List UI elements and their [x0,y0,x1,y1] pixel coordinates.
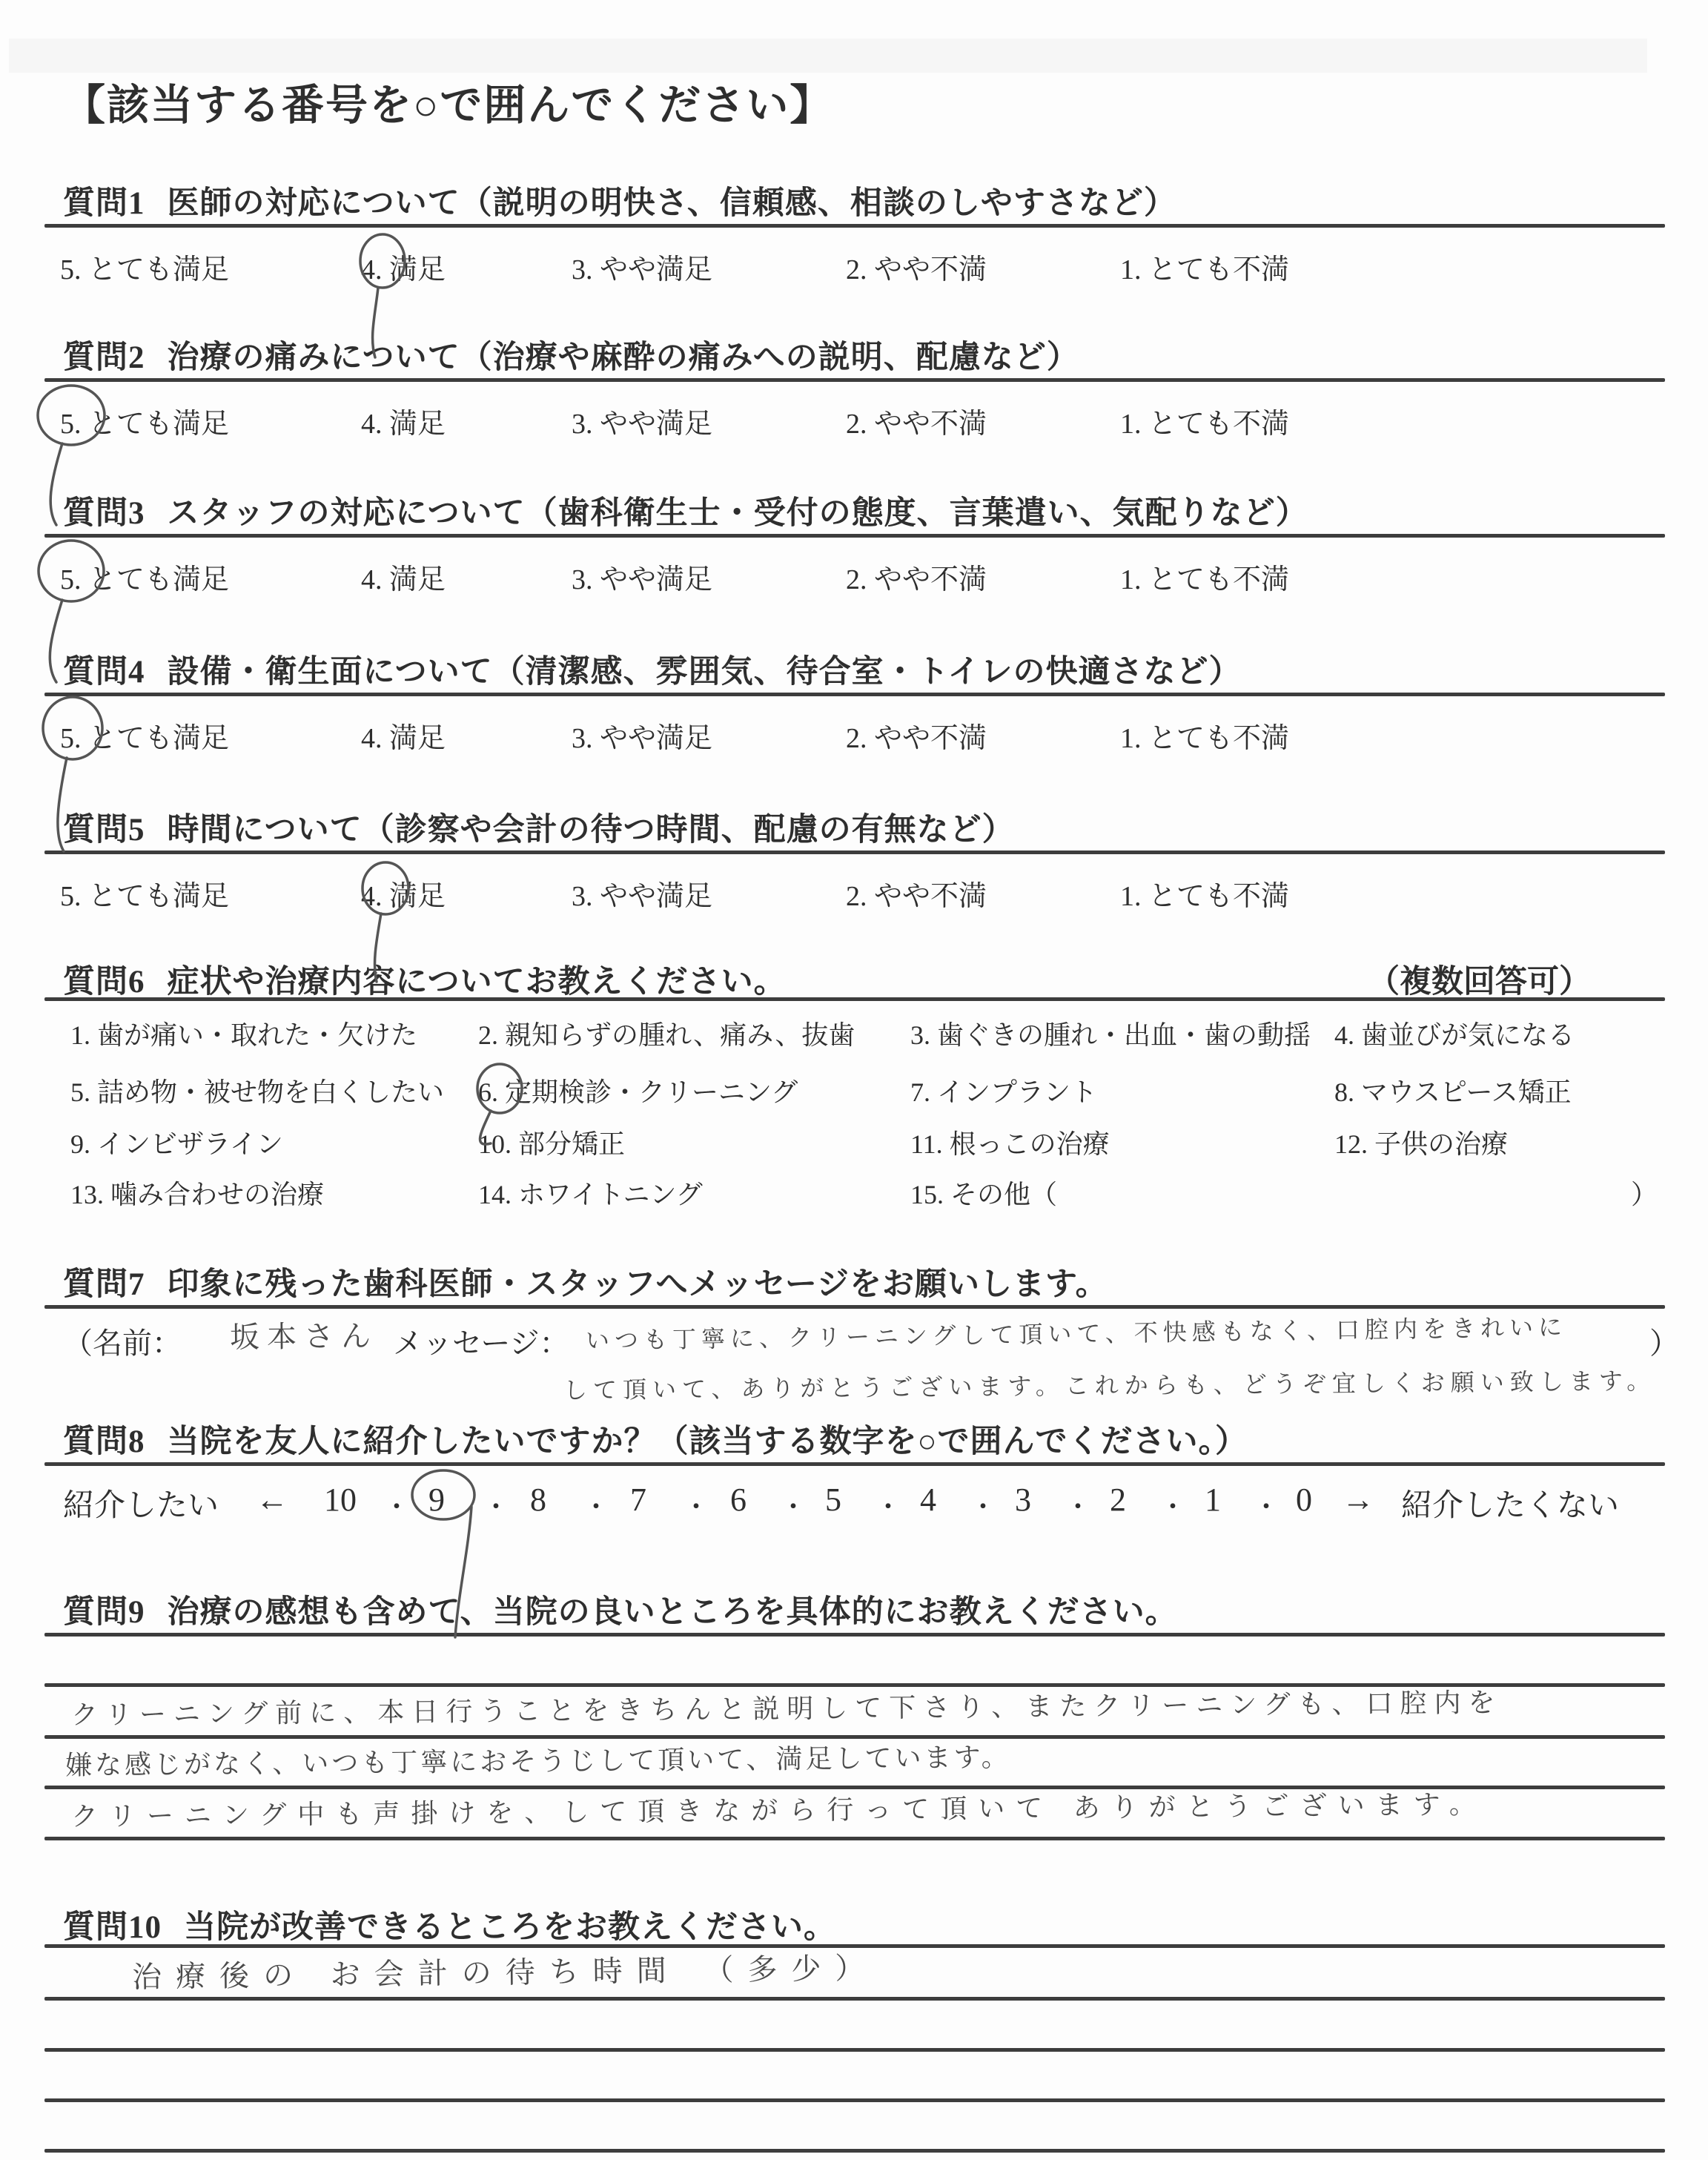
right-arrow-icon: → [1342,1481,1374,1519]
question-10-heading: 質問10当院が改善できるところをお教えください。 [63,1902,836,1947]
question-5-label: 質問5 [63,813,145,848]
name-field-handwritten-value: 坂本さん [230,1312,378,1356]
option-3: 3. やや満足 [572,246,712,287]
question-6-heading: 質問6症状や治療内容についてお教えください。 [63,957,787,1002]
left-arrow-icon: ← [256,1481,288,1519]
question-10-label: 質問10 [63,1910,162,1945]
q6-item-2: 2. 親知らずの腫れ、痛み、抜歯 [478,1014,855,1052]
question-7-heading: 質問7印象に残った歯科医師・スタッフへメッセージをお願いします。 [63,1259,1108,1304]
dot-separator: ・ [483,1486,509,1524]
scale-10: 10 [324,1481,357,1519]
option-5: 5. とても満足 [60,715,229,756]
divider [44,1462,1665,1466]
option-2: 2. やや不満 [846,873,987,914]
option-4: 4. 満足 [361,873,446,914]
question-2-label: 質問2 [63,340,145,375]
close-paren: ） [1649,1320,1679,1362]
message-handwritten-line-1: いつも丁寧に、クリーニングして頂いて、不快感もなく、口腔内をきれいに [586,1309,1568,1356]
scale-8: 8 [530,1481,546,1519]
question-3-text: スタッフの対応について（歯科衛生士・受付の態度、言葉遣い、気配りなど） [168,496,1308,531]
option-5: 5. とても満足 [60,400,229,441]
option-1: 1. とても不満 [1120,873,1289,914]
q6-item-1: 1. 歯が痛い・取れた・欠けた [70,1014,417,1052]
option-2: 2. やや不満 [846,246,987,287]
divider [44,997,1665,1001]
dot-separator: ・ [780,1486,807,1524]
q9-handwritten-line-3: クリーニング中も声掛けを、して頂きながら行って頂いて ありがとうございます。 [71,1783,1487,1834]
question-5-heading: 質問5時間について（診察や会計の待つ時間、配慮の有無など） [63,805,1015,850]
q6-other-close-paren: ） [1631,1174,1658,1212]
scale-0: 0 [1296,1481,1312,1519]
option-4: 4. 満足 [361,400,446,441]
multiple-answers-note: （複数回答可） [1368,957,1591,1002]
question-6-text: 症状や治療内容についてお教えください。 [168,965,787,1000]
q6-item-14: 14. ホワイトニング [478,1174,703,1212]
dot-separator: ・ [1253,1486,1280,1524]
option-1: 1. とても不満 [1120,400,1289,441]
answer-line [44,2149,1665,2153]
option-2: 2. やや不満 [846,715,987,756]
dot-separator: ・ [1065,1486,1091,1524]
page-title: 【該当する番号を○で囲んでください】 [63,71,833,132]
name-field-label: （名前： [63,1320,182,1362]
q6-item-3: 3. 歯ぐきの腫れ・出血・歯の動揺 [910,1014,1311,1052]
q6-item-15: 15. その他（ [910,1174,1057,1212]
question-7-text: 印象に残った歯科医師・スタッフへメッセージをお願いします。 [168,1267,1108,1302]
q6-item-12: 12. 子供の治療 [1334,1123,1508,1161]
option-4: 4. 満足 [361,556,446,597]
scan-artifact-band [9,39,1647,73]
dot-separator: ・ [383,1486,410,1524]
answer-line [44,1837,1665,1840]
dot-separator: ・ [1159,1486,1186,1524]
option-5: 5. とても満足 [60,873,229,914]
option-4: 4. 満足 [361,246,446,287]
question-2-options: 5. とても満足 4. 満足 3. やや満足 2. やや不満 1. とても不満 [0,400,1708,445]
dot-separator: ・ [875,1486,901,1524]
question-5-options: 5. とても満足 4. 満足 3. やや満足 2. やや不満 1. とても不満 [0,873,1708,917]
divider [44,1633,1665,1636]
option-2: 2. やや不満 [846,556,987,597]
question-3-options: 5. とても満足 4. 満足 3. やや満足 2. やや不満 1. とても不満 [0,556,1708,601]
q6-item-7: 7. インプラント [910,1071,1097,1109]
question-8-label: 質問8 [63,1424,145,1459]
q6-item-5: 5. 詰め物・被せ物を白くしたい [70,1071,444,1109]
question-1-text: 医師の対応について（説明の明快さ、信頼感、相談のしやすさなど） [168,186,1176,221]
question-3-heading: 質問3スタッフの対応について（歯科衛生士・受付の態度、言葉遣い、気配りなど） [63,488,1308,533]
answer-line [44,2048,1665,2052]
divider [44,534,1665,538]
question-3-label: 質問3 [63,496,145,531]
question-4-text: 設備・衛生面について（清潔感、雰囲気、待合室・トイレの快適さなど） [168,655,1242,690]
answer-line [44,2098,1665,2102]
scale-5: 5 [825,1481,841,1519]
q6-item-11: 11. 根っこの治療 [910,1123,1110,1161]
question-8-text: 当院を友人に紹介したいですか？（該当する数字を○で囲んでください。） [168,1424,1248,1459]
q9-handwritten-line-2: 嫌な感じがなく、いつも丁寧におそうじして頂いて、満足しています。 [65,1737,1011,1783]
question-2-heading: 質問2治療の痛みについて（治療や麻酔の痛みへの説明、配慮など） [63,332,1079,377]
question-1-label: 質問1 [63,186,145,221]
q6-item-6: 6. 定期検診・クリーニング [478,1071,798,1109]
divider [44,1305,1665,1309]
q6-item-10: 10. 部分矯正 [478,1123,625,1161]
divider [44,851,1665,854]
question-8-heading: 質問8当院を友人に紹介したいですか？（該当する数字を○で囲んでください。） [63,1416,1248,1462]
q6-item-4: 4. 歯並びが気になる [1334,1014,1575,1052]
option-3: 3. やや満足 [572,556,712,597]
q6-item-8: 8. マウスピース矯正 [1334,1071,1572,1109]
scale-6: 6 [730,1481,747,1519]
scale-4: 4 [920,1481,936,1519]
question-9-heading: 質問9治療の感想も含めて、当院の良いところを具体的にお教えください。 [63,1587,1178,1632]
question-10-text: 当院が改善できるところをお教えください。 [184,1910,836,1945]
dot-separator: ・ [583,1486,609,1524]
question-9-text: 治療の感想も含めて、当院の良いところを具体的にお教えください。 [168,1595,1178,1630]
question-4-options: 5. とても満足 4. 満足 3. やや満足 2. やや不満 1. とても不満 [0,715,1708,759]
question-2-text: 治療の痛みについて（治療や麻酔の痛みへの説明、配慮など） [168,340,1079,375]
divider [44,693,1665,696]
question-6-label: 質問6 [63,965,145,1000]
option-4: 4. 満足 [361,715,446,756]
survey-scan-page: 【該当する番号を○で囲んでください】 質問1医師の対応について（説明の明快さ、信… [0,0,1708,2160]
question-1-options: 5. とても満足 4. 満足 3. やや満足 2. やや不満 1. とても不満 [0,246,1708,291]
option-3: 3. やや満足 [572,715,712,756]
recommend-label: 紹介したい [63,1481,219,1525]
option-5: 5. とても満足 [60,246,229,287]
question-9-label: 質問9 [63,1595,145,1630]
option-5: 5. とても満足 [60,556,229,597]
q6-item-13: 13. 噛み合わせの治療 [70,1174,324,1212]
divider [44,378,1665,382]
option-3: 3. やや満足 [572,400,712,441]
scale-9: 9 [428,1481,445,1519]
question-4-label: 質問4 [63,655,145,690]
dot-separator: ・ [683,1486,709,1524]
q9-handwritten-line-1: クリーニング前に、本日行うことをきちんと説明して下さり、またクリーニングも、口腔… [71,1682,1503,1732]
scale-3: 3 [1015,1481,1031,1519]
divider [44,224,1665,228]
question-1-heading: 質問1医師の対応について（説明の明快さ、信頼感、相談のしやすさなど） [63,178,1176,223]
message-handwritten-line-2: して頂いて、ありがとうございます。これからも、どうぞ宜しくお願い致します。 [563,1362,1657,1406]
q10-handwritten-line-1: 治療後の お会計の待ち時間 （多少） [132,1945,879,1996]
not-recommend-label: 紹介したくない [1401,1481,1619,1525]
question-7-label: 質問7 [63,1267,145,1302]
scale-2: 2 [1110,1481,1126,1519]
q6-item-9: 9. インビザライン [70,1123,283,1161]
option-1: 1. とても不満 [1120,715,1289,756]
option-3: 3. やや満足 [572,873,712,914]
answer-line [44,1997,1665,2001]
question-5-text: 時間について（診察や会計の待つ時間、配慮の有無など） [168,813,1015,848]
message-field-label: メッセージ： [393,1320,569,1362]
option-1: 1. とても不満 [1120,246,1289,287]
option-2: 2. やや不満 [846,400,987,441]
scale-7: 7 [630,1481,646,1519]
dot-separator: ・ [970,1486,996,1524]
question-4-heading: 質問4設備・衛生面について（清潔感、雰囲気、待合室・トイレの快適さなど） [63,647,1242,692]
scale-1: 1 [1205,1481,1221,1519]
option-1: 1. とても不満 [1120,556,1289,597]
